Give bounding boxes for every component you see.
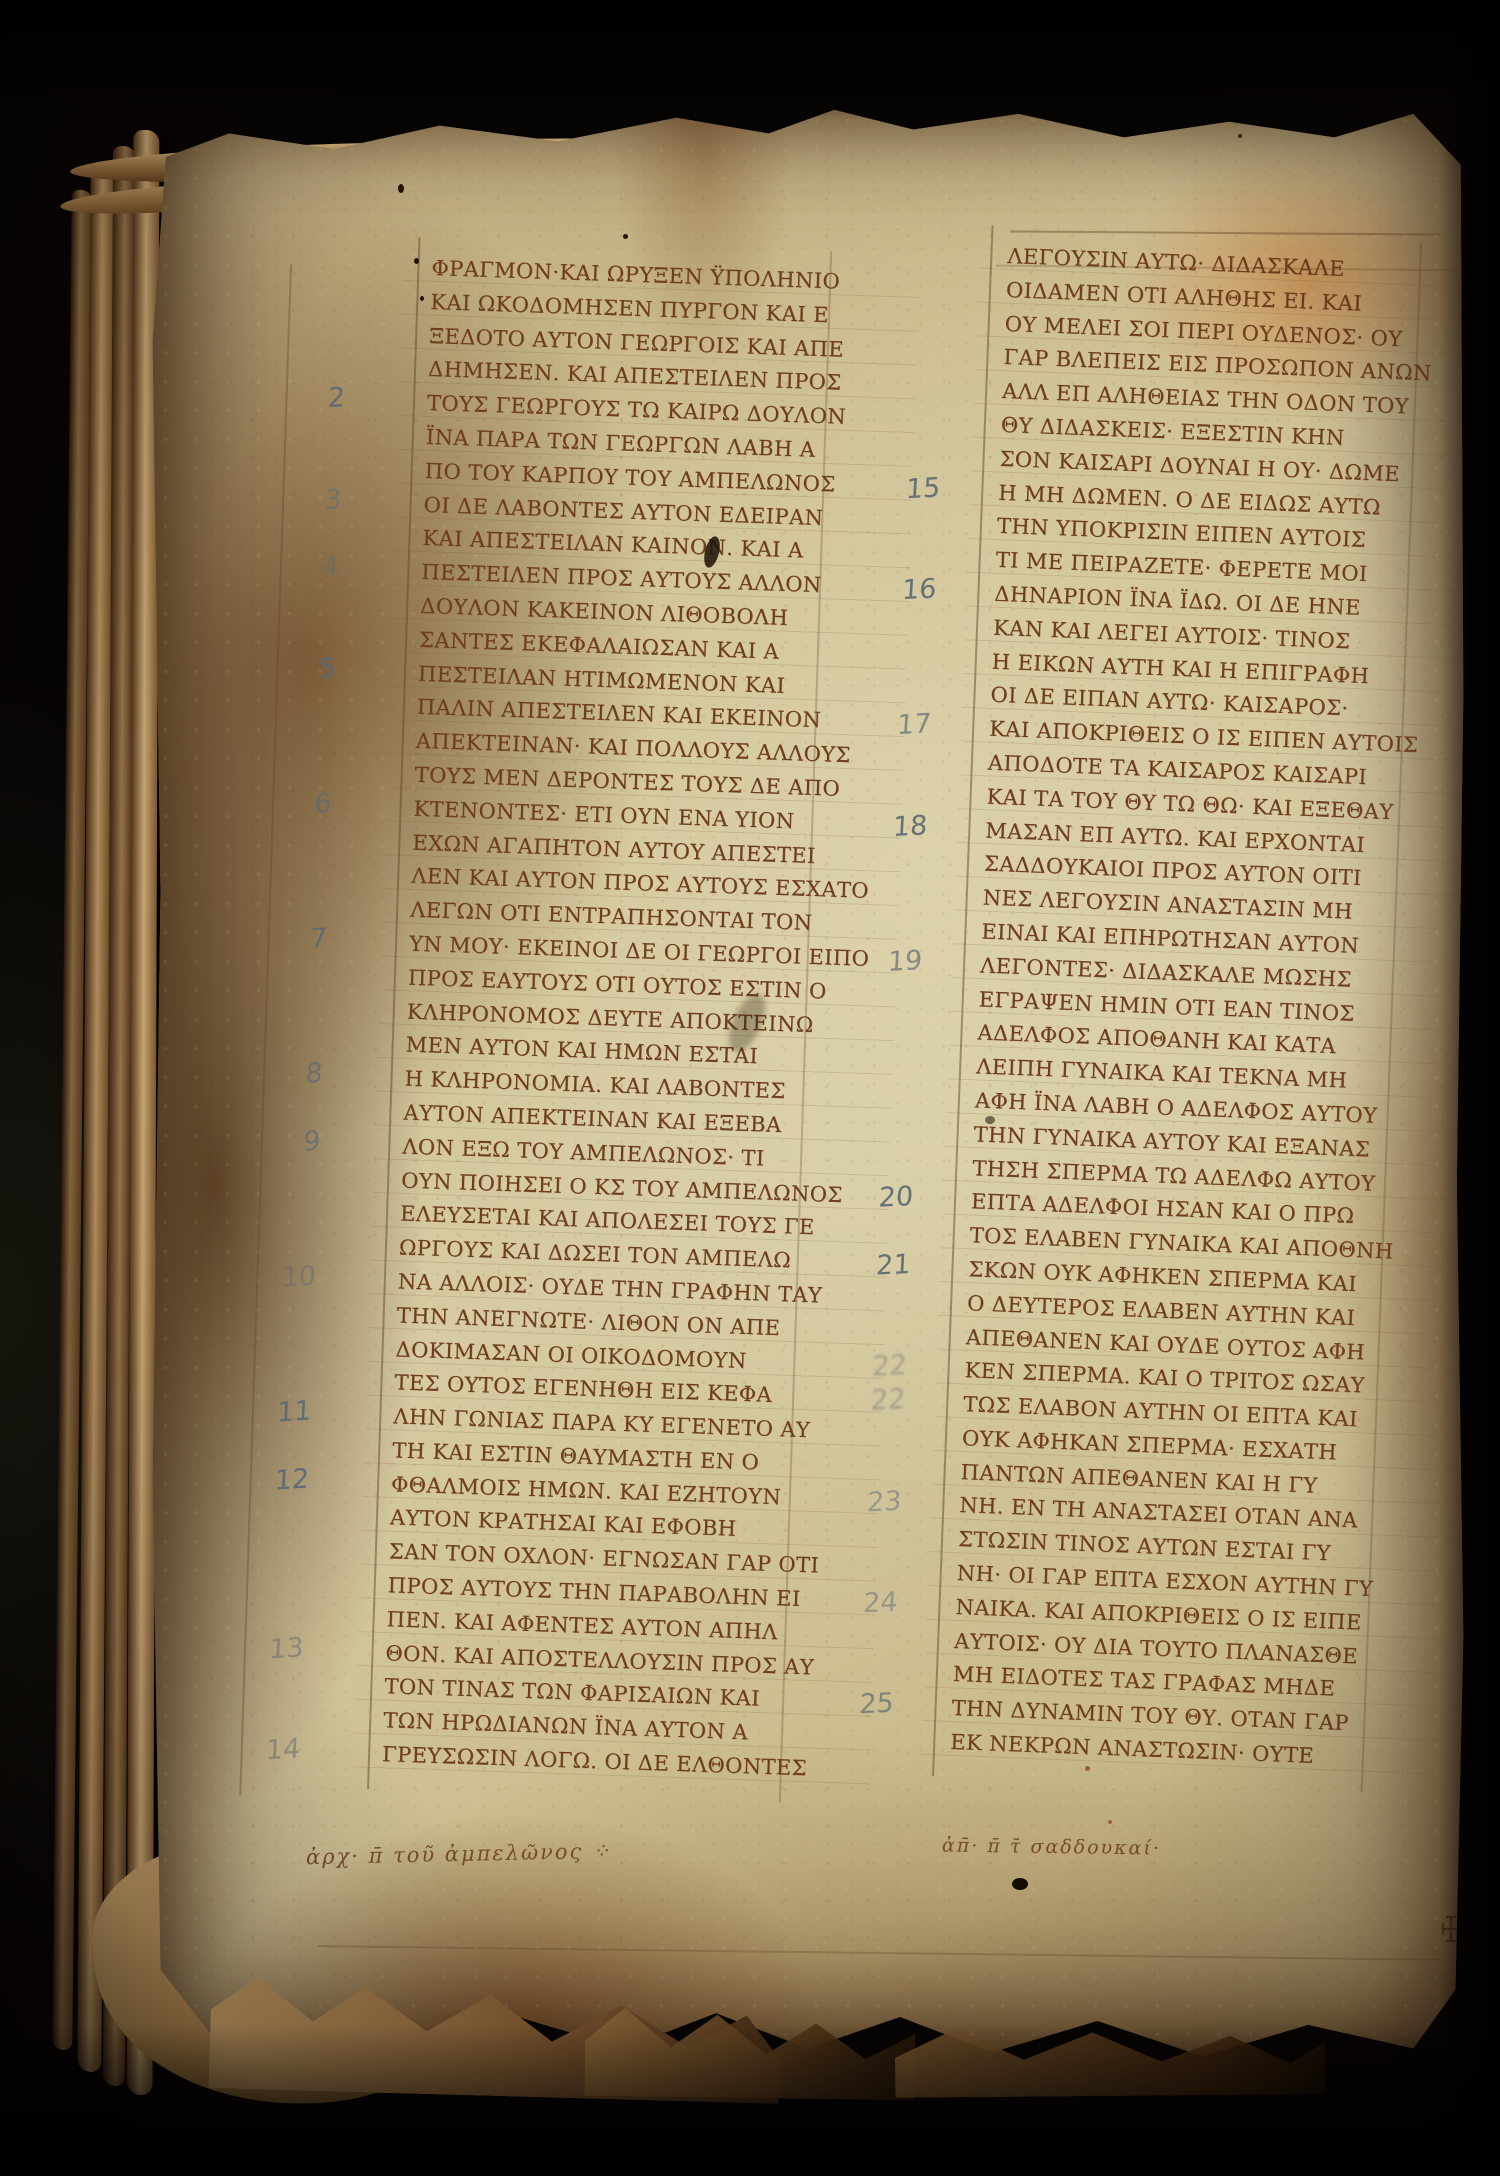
verse-number: 6: [261, 788, 332, 823]
verse-number: 7: [256, 923, 327, 958]
red-speck: [1085, 1766, 1090, 1771]
manuscript-photo: ΦΡΑΓΜΟΝ·ΚΑΙ ΩΡΥΞΕΝ ΫΠΟΛΗΝΙΟΚΑΙ ΩΚΟΔΟΜΗΣΕ…: [0, 0, 1500, 2176]
verse-number: 8: [252, 1058, 323, 1093]
ink-blot: [1238, 134, 1242, 138]
verse-number: 15: [870, 472, 942, 507]
verse-number: 5: [265, 653, 336, 688]
verse-number: 22: [834, 1384, 906, 1419]
verse-number: 3: [271, 484, 342, 519]
verse-number: 13: [233, 1632, 304, 1667]
verse-number: 16: [866, 573, 938, 608]
ruling-line: [1010, 230, 1440, 235]
left-text-column: ΦΡΑΓΜΟΝ·ΚΑΙ ΩΡΥΞΕΝ ΫΠΟΛΗΝΙΟΚΑΙ ΩΚΟΔΟΜΗΣΕ…: [382, 252, 878, 1787]
ink-blot: [398, 184, 404, 193]
ink-blot: [623, 234, 628, 239]
verse-number: 14: [229, 1734, 300, 1769]
ink-blot: [1012, 1878, 1028, 1890]
parchment-page: ΦΡΑΓΜΟΝ·ΚΑΙ ΩΡΥΞΕΝ ΫΠΟΛΗΝΙΟΚΑΙ ΩΚΟΔΟΜΗΣΕ…: [150, 106, 1466, 2068]
ink-blot: [420, 296, 424, 301]
verse-number: 24: [827, 1587, 899, 1622]
verse-number: 19: [851, 945, 923, 980]
verse-number: 25: [823, 1688, 895, 1723]
verse-number: 4: [269, 551, 340, 586]
cross-potent-icon: [1438, 1912, 1464, 1946]
verse-number: 18: [857, 810, 929, 845]
verse-number: 2: [274, 382, 345, 417]
verse-number: 23: [831, 1485, 903, 1520]
verse-number: 20: [842, 1181, 914, 1216]
ruling-line: [318, 1945, 1442, 1960]
footer-note-left: ἀρχ· π̄ τοῦ ἀμπελῶνος ⁘: [306, 1839, 612, 1869]
verse-number: 9: [250, 1125, 321, 1160]
verse-number: 21: [840, 1249, 912, 1284]
verse-number: 17: [860, 708, 932, 743]
footer-note-right: ἀπ̄· π̄ τ̄ σαδδουκαί·: [942, 1834, 1161, 1859]
right-text-column: ΛΕΓΟΥΣΙΝ ΑΥΤΩ· ΔΙΔΑΣΚΑΛΕΟΙΔΑΜΕΝ ΟΤΙ ΑΛΗΘ…: [950, 240, 1464, 1777]
ink-blot: [985, 1116, 995, 1124]
verse-number: 12: [238, 1463, 309, 1498]
verse-number: 11: [241, 1396, 312, 1431]
red-speck: [1108, 1820, 1112, 1824]
ink-blot: [414, 258, 419, 264]
verse-number: 10: [245, 1261, 316, 1296]
verse-number: 22: [836, 1350, 908, 1385]
